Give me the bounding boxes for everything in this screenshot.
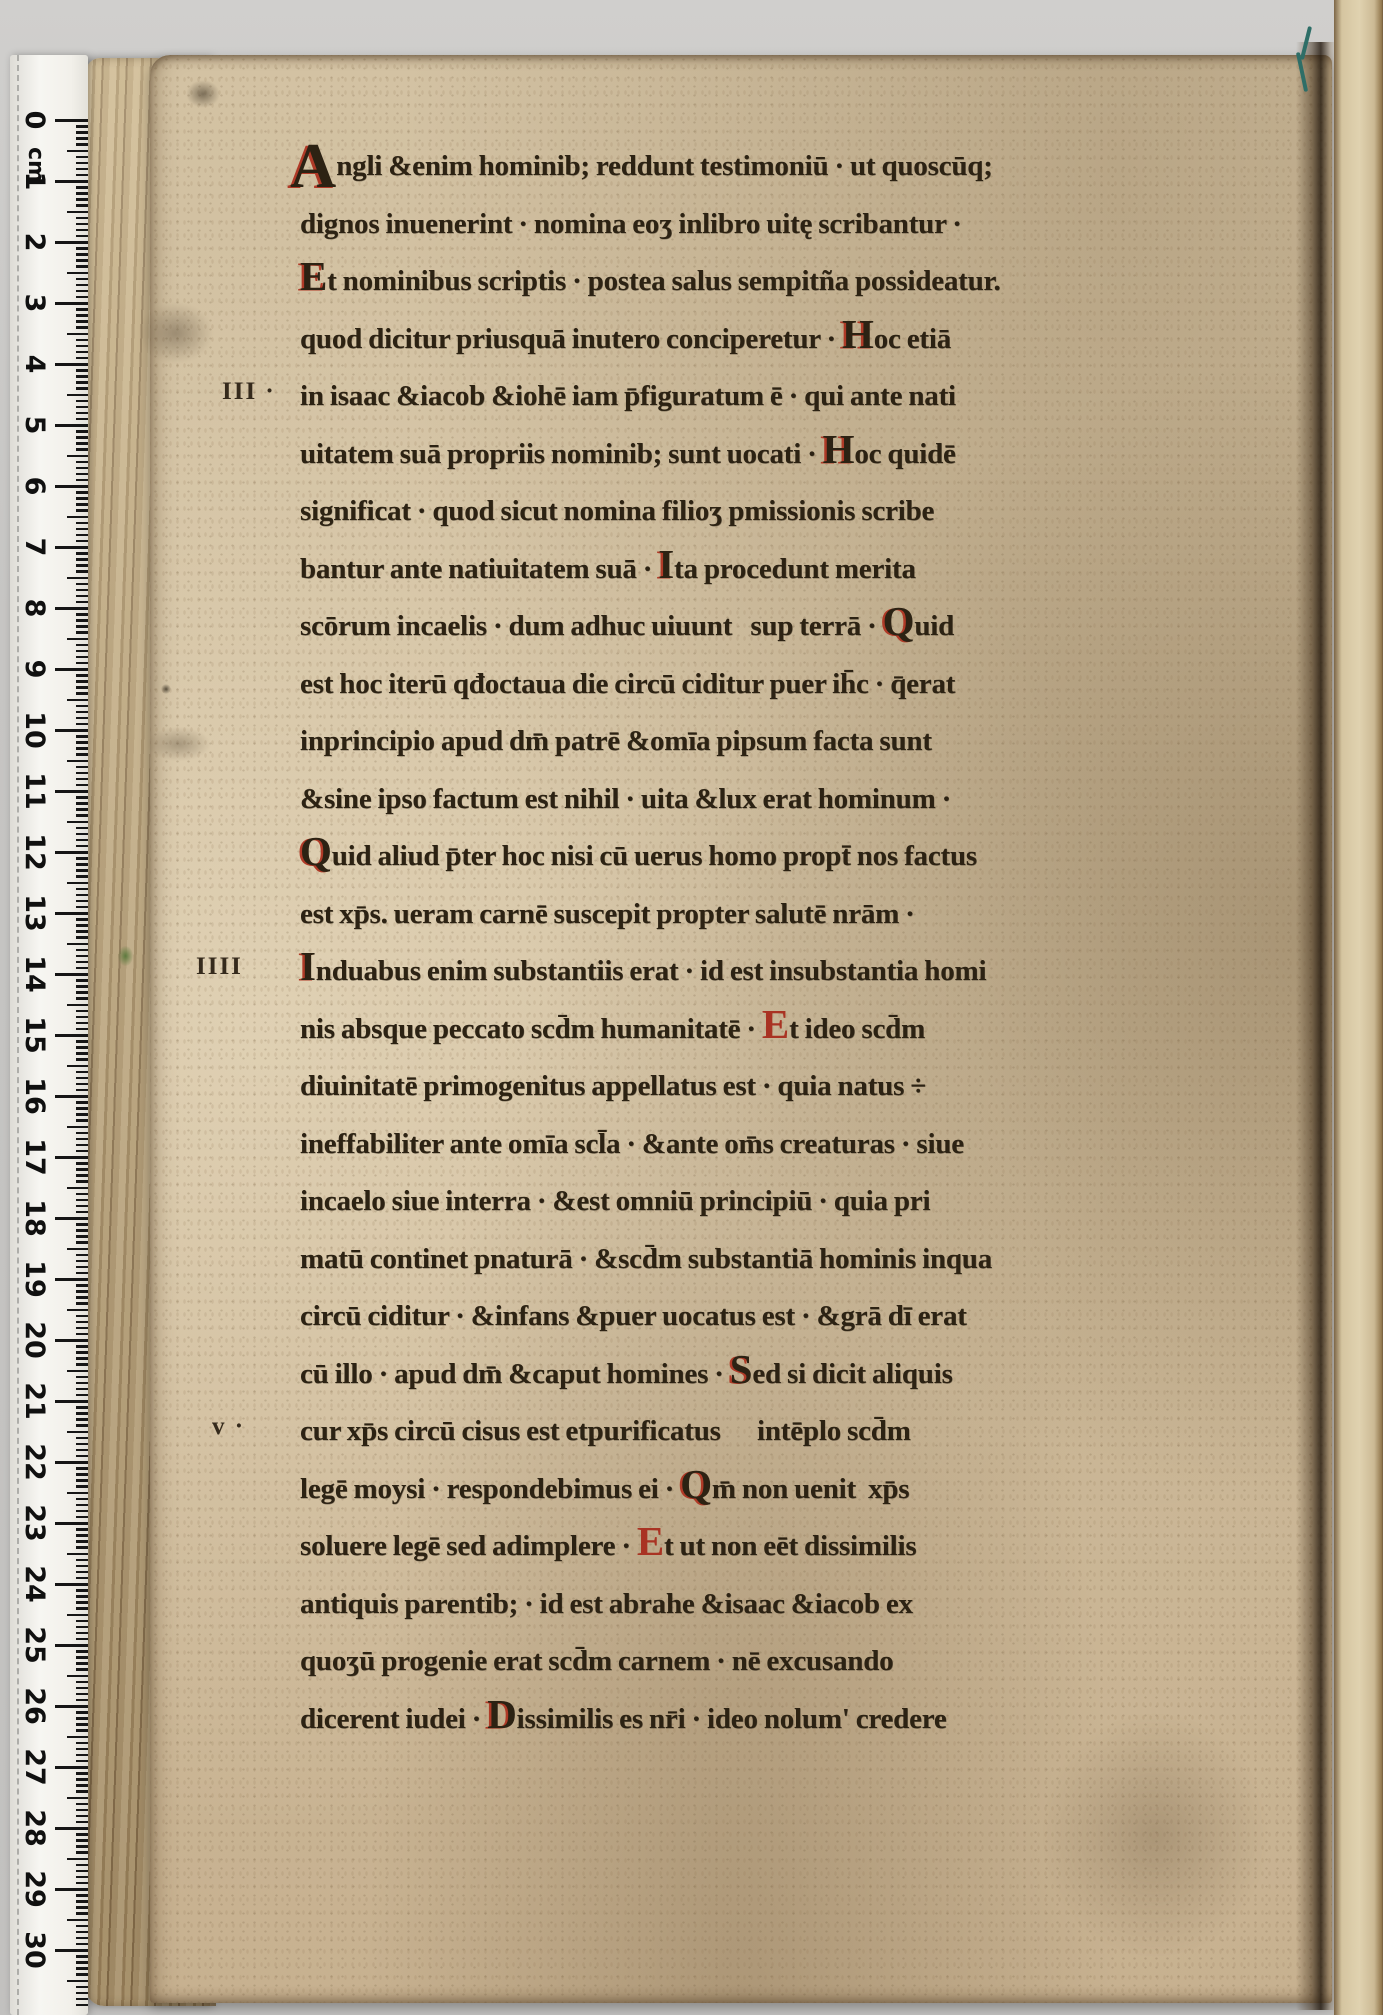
ruler-tick xyxy=(55,973,88,976)
ruler-tick xyxy=(76,1992,88,1995)
ruler-tick xyxy=(76,900,88,903)
line-segment: dignos inuenerint · nomina eoʒ inlibro u… xyxy=(300,208,962,240)
ruler-tick xyxy=(76,461,88,464)
line-segment: ta procedunt merita xyxy=(674,553,916,585)
ruler-tick xyxy=(76,204,88,207)
ruler-tick xyxy=(76,949,88,952)
ruler-tick xyxy=(76,796,88,799)
ruler-tick xyxy=(76,522,88,525)
ruler-tick xyxy=(76,1754,88,1757)
ruler-tick xyxy=(76,497,88,500)
ruler-tick xyxy=(76,662,88,665)
ruler: 0123456789101112131415161718192021222324… xyxy=(10,55,88,2015)
ruler-tick xyxy=(76,1046,88,1049)
ruler-tick xyxy=(76,558,88,561)
ruler-tick xyxy=(76,174,88,177)
ruler-tick xyxy=(55,241,88,244)
ruler-tick xyxy=(76,156,88,159)
ruler-tick xyxy=(76,1010,88,1013)
ruler-tick xyxy=(76,1534,88,1537)
ruler-tick xyxy=(76,1967,88,1970)
text-block: Angli &enim hominib; reddunt testimoniū … xyxy=(300,138,1001,1748)
manuscript-line: bantur ante natiuitatem suā · Ita proced… xyxy=(300,541,1001,599)
ruler-tick xyxy=(76,357,88,360)
ruler-number: 18 xyxy=(20,1195,50,1241)
ruler-tick xyxy=(76,1717,88,1720)
line-segment: Q xyxy=(300,828,332,874)
line-segment: oc quidē xyxy=(854,438,955,470)
ruler-tick xyxy=(67,516,88,519)
ruler-tick xyxy=(76,491,88,494)
ruler-tick xyxy=(76,1119,88,1122)
ruler-tick xyxy=(76,589,88,592)
manuscript-line: dignos inuenerint · nomina eoʒ inlibro u… xyxy=(300,196,1001,254)
ruler-tick xyxy=(76,436,88,439)
line-segment: t ut non eēt dissimilis xyxy=(664,1530,916,1562)
line-segment: issimilis es nr̄i · ideo nolum' credere xyxy=(517,1703,947,1735)
ruler-tick xyxy=(55,119,88,122)
ruler-tick xyxy=(76,1437,88,1440)
ruler-tick xyxy=(76,1504,88,1507)
margin-numeral: IIII xyxy=(196,953,243,981)
ruler-tick xyxy=(67,943,88,946)
ruler-tick xyxy=(76,1174,88,1177)
ruler-tick xyxy=(76,692,88,695)
ruler-tick xyxy=(76,863,88,866)
ruler-tick xyxy=(76,1284,88,1287)
ruler-tick xyxy=(67,211,88,214)
ruler-tick xyxy=(76,265,88,268)
ruler-tick xyxy=(76,1199,88,1202)
ruler-tick xyxy=(76,1040,88,1043)
ruler-tick xyxy=(76,1790,88,1793)
ruler-tick xyxy=(76,479,88,482)
ruler-tick xyxy=(55,729,88,732)
ruler-tick xyxy=(76,833,88,836)
manuscript-line: legē moysi · respondebimus ei · Qm̄ non … xyxy=(300,1461,1001,1519)
ruler-tick xyxy=(67,1675,88,1678)
manuscript-line: uitatem suā propriis nominib; sunt uocat… xyxy=(300,426,1001,484)
line-segment: incaelo siue interra · &est omniū princi… xyxy=(300,1185,930,1217)
line-segment: legē moysi · respondebimus ei · xyxy=(300,1473,680,1505)
line-segment: t ideo scd̄m xyxy=(789,1013,925,1045)
ruler-tick xyxy=(76,162,88,165)
ruler-tick xyxy=(76,564,88,567)
ruler-tick xyxy=(76,674,88,677)
ruler-tick xyxy=(76,339,88,342)
ruler-number: 0 xyxy=(20,97,50,143)
line-segment: D xyxy=(487,1691,516,1737)
ruler-number: 13 xyxy=(20,890,50,936)
ruler-tick xyxy=(55,1339,88,1342)
ruler-tick xyxy=(76,418,88,421)
ruler-tick xyxy=(76,1296,88,1299)
ruler-tick xyxy=(76,650,88,653)
ruler-tick xyxy=(76,1986,88,1989)
manuscript-line: significat · quod sicut nomina filioʒ pm… xyxy=(300,483,1001,541)
ruler-tick xyxy=(76,1638,88,1641)
line-segment: circū ciditur · &infans &puer uocatus es… xyxy=(300,1300,967,1332)
ruler-tick xyxy=(67,333,88,336)
ruler-tick xyxy=(76,473,88,476)
ruler-tick xyxy=(76,1083,88,1086)
ruler-tick xyxy=(76,1681,88,1684)
ruler-tick xyxy=(76,680,88,683)
ruler-tick xyxy=(76,1577,88,1580)
ruler-tick xyxy=(76,375,88,378)
ruler-tick xyxy=(76,326,88,329)
ruler-tick xyxy=(67,1004,88,1007)
ruler-tick xyxy=(55,668,88,671)
ruler-tick xyxy=(76,1943,88,1946)
ruler-tick xyxy=(76,1211,88,1214)
ruler-tick xyxy=(76,1333,88,1336)
ruler-tick xyxy=(55,1400,88,1403)
ruler-unit-label: cm xyxy=(24,145,48,185)
ruler-tick xyxy=(76,1815,88,1818)
ruler-tick xyxy=(76,278,88,281)
ruler-tick xyxy=(76,1272,88,1275)
ruler-tick xyxy=(55,1461,88,1464)
ruler-tick xyxy=(67,1187,88,1190)
ruler-tick xyxy=(76,1498,88,1501)
ruler-tick xyxy=(55,1156,88,1159)
ruler-tick xyxy=(76,839,88,842)
ruler-tick xyxy=(55,363,88,366)
ruler-tick xyxy=(76,1327,88,1330)
ruler-tick xyxy=(67,1370,88,1373)
ruler-tick xyxy=(76,857,88,860)
ruler-tick xyxy=(76,1882,88,1885)
ruler-tick xyxy=(76,1955,88,1958)
line-segment: t nominibus scriptis · postea salus semp… xyxy=(327,265,1000,297)
ruler-tick xyxy=(76,808,88,811)
ruler-tick xyxy=(76,1443,88,1446)
ruler-tick xyxy=(76,442,88,445)
ruler-tick xyxy=(76,1138,88,1141)
ruler-tick xyxy=(67,1431,88,1434)
ruler-number: 24 xyxy=(20,1561,50,1607)
ruler-tick xyxy=(76,735,88,738)
ruler-tick xyxy=(76,369,88,372)
line-segment: cū illo · apud dm̄ &caput homines · xyxy=(300,1358,730,1390)
ruler-tick xyxy=(76,217,88,220)
line-segment: nduabus enim substantiis erat · id est i… xyxy=(316,955,987,987)
ruler-number: 10 xyxy=(20,707,50,753)
line-segment: in isaac &iacob &iohē iam p̄figuratum ē … xyxy=(300,380,956,412)
ruler-tick xyxy=(76,1260,88,1263)
ruler-tick xyxy=(76,1601,88,1604)
line-segment: scōrum incaelis · dum adhuc uiuunt sup t… xyxy=(300,610,883,642)
line-segment: uid aliud p̄ter hoc nisi cū uerus homo p… xyxy=(332,840,977,872)
ruler-tick xyxy=(76,1290,88,1293)
ruler-number: 12 xyxy=(20,829,50,875)
ruler-tick xyxy=(76,186,88,189)
ruler-tick xyxy=(67,1980,88,1983)
ruler-tick xyxy=(76,1388,88,1391)
line-segment: I xyxy=(658,541,674,587)
ruler-number: 27 xyxy=(20,1744,50,1790)
ruler-tick xyxy=(67,1797,88,1800)
ruler-tick xyxy=(76,1821,88,1824)
ruler-tick xyxy=(76,827,88,830)
ruler-tick xyxy=(55,1583,88,1586)
line-segment: cur xp̄s circū cisus est etpurificatus i… xyxy=(300,1415,911,1447)
ruler-tick xyxy=(76,1870,88,1873)
bookmark-thread xyxy=(1298,26,1316,92)
ruler-tick xyxy=(76,1101,88,1104)
ruler-tick xyxy=(76,1412,88,1415)
ruler-tick xyxy=(76,1321,88,1324)
ruler-tick xyxy=(76,1729,88,1732)
ruler-tick xyxy=(67,638,88,641)
ruler-tick xyxy=(76,1851,88,1854)
manuscript-line: diuinitatē primogenitus appellatus est ·… xyxy=(300,1058,1001,1116)
ruler-tick xyxy=(55,912,88,915)
ruler-tick xyxy=(76,1144,88,1147)
ruler-number: 19 xyxy=(20,1256,50,1302)
ruler-number: 9 xyxy=(20,646,50,692)
manuscript-line: Quid aliud p̄ter hoc nisi cū uerus homo … xyxy=(300,828,1001,886)
ruler-tick xyxy=(67,1492,88,1495)
line-segment: A xyxy=(290,130,336,201)
ruler-tick xyxy=(76,1052,88,1055)
ruler-tick xyxy=(76,1485,88,1488)
ruler-tick xyxy=(76,406,88,409)
gutter-crease xyxy=(1296,42,1336,2010)
manuscript-line: cū illo · apud dm̄ &caput homines · Sed … xyxy=(300,1346,1001,1404)
ruler-number: 17 xyxy=(20,1134,50,1180)
ruler-tick xyxy=(76,1760,88,1763)
ruler-tick xyxy=(76,778,88,781)
ruler-tick xyxy=(76,1510,88,1513)
ruler-tick xyxy=(76,412,88,415)
ruler-tick xyxy=(76,1351,88,1354)
ruler-tick xyxy=(67,760,88,763)
ruler-number: 21 xyxy=(20,1378,50,1424)
ruler-tick xyxy=(76,296,88,299)
ruler-tick xyxy=(67,1248,88,1251)
manuscript-line: quod dicitur priusquā inutero conciperet… xyxy=(300,311,1001,369)
ruler-tick xyxy=(76,894,88,897)
ruler-tick xyxy=(76,540,88,543)
margin-numeral: v · xyxy=(212,1413,245,1441)
line-segment: quod dicitur priusquā inutero conciperet… xyxy=(300,323,842,355)
ruler-tick xyxy=(76,1632,88,1635)
ruler-tick xyxy=(76,253,88,256)
ruler-tick xyxy=(76,387,88,390)
ruler-tick xyxy=(76,400,88,403)
ruler-number: 4 xyxy=(20,341,50,387)
ruler-tick xyxy=(76,991,88,994)
ruler-tick xyxy=(55,1705,88,1708)
ruler-number: 2 xyxy=(20,219,50,265)
line-segment: H xyxy=(823,426,855,472)
line-segment: diuinitatē primogenitus appellatus est ·… xyxy=(300,1070,926,1102)
ruler-tick xyxy=(76,1418,88,1421)
ruler-tick xyxy=(76,1516,88,1519)
ruler-tick xyxy=(67,1858,88,1861)
ruler-tick xyxy=(76,259,88,262)
ruler-tick xyxy=(76,613,88,616)
ruler-tick xyxy=(76,448,88,451)
ruler-tick xyxy=(76,1687,88,1690)
ruler-tick xyxy=(76,930,88,933)
line-segment: Q xyxy=(680,1461,712,1507)
ruler-tick xyxy=(76,1455,88,1458)
ruler-tick xyxy=(76,772,88,775)
ruler-tick xyxy=(76,625,88,628)
ruler-tick xyxy=(67,1126,88,1129)
ruler-tick xyxy=(76,656,88,659)
ruler-tick xyxy=(76,143,88,146)
ruler-tick xyxy=(76,430,88,433)
ruler-tick xyxy=(76,125,88,128)
ruler-tick xyxy=(76,1302,88,1305)
ruler-tick xyxy=(76,717,88,720)
ruler-tick xyxy=(76,2004,88,2007)
line-segment: Q xyxy=(883,598,915,644)
ruler-number: 11 xyxy=(20,768,50,814)
ruler-tick xyxy=(76,1711,88,1714)
manuscript-line: Et nominibus scriptis · postea salus sem… xyxy=(300,253,1001,311)
ruler-tick xyxy=(76,1620,88,1623)
line-segment: bantur ante natiuitatem suā · xyxy=(300,553,658,585)
ruler-tick xyxy=(76,168,88,171)
ruler-tick xyxy=(76,1540,88,1543)
manuscript-line: circū ciditur · &infans &puer uocatus es… xyxy=(300,1288,1001,1346)
ruler-tick xyxy=(76,467,88,470)
line-segment: dicerent iudei · xyxy=(300,1703,487,1735)
ruler-tick xyxy=(76,381,88,384)
ruler-tick xyxy=(76,961,88,964)
ruler-tick xyxy=(76,1223,88,1226)
ruler-tick xyxy=(76,1906,88,1909)
ruler-tick xyxy=(76,741,88,744)
ruler-tick xyxy=(76,705,88,708)
ruler-tick xyxy=(67,1919,88,1922)
ruler-tick xyxy=(76,1809,88,1812)
ruler-number: 8 xyxy=(20,585,50,631)
ruler-tick xyxy=(76,1662,88,1665)
line-segment: m̄ non uenit xp̄s xyxy=(712,1473,909,1505)
ruler-tick xyxy=(76,1473,88,1476)
ruler-tick xyxy=(76,192,88,195)
ruler-tick xyxy=(67,150,88,153)
manuscript-line: ineffabiliter ante omīa scl̄a · &ante om… xyxy=(300,1116,1001,1174)
ruler-number: 14 xyxy=(20,951,50,997)
ruler-tick xyxy=(55,1888,88,1891)
ruler-tick xyxy=(76,1193,88,1196)
ruler-tick xyxy=(76,137,88,140)
ruler-tick xyxy=(76,1931,88,1934)
ruler-tick xyxy=(55,607,88,610)
ruler-tick xyxy=(55,180,88,183)
ruler-tick xyxy=(76,1479,88,1482)
ruler-tick xyxy=(76,766,88,769)
ruler-tick xyxy=(76,345,88,348)
ruler-tick xyxy=(76,1406,88,1409)
ruler-tick xyxy=(76,1382,88,1385)
ruler-tick xyxy=(76,284,88,287)
ruler-tick xyxy=(76,1229,88,1232)
ruler-tick xyxy=(76,1571,88,1574)
ruler-tick xyxy=(76,1656,88,1659)
ruler-tick xyxy=(76,314,88,317)
manuscript-line: inprincipio apud dm̄ patrē &omīa pipsum … xyxy=(300,713,1001,771)
ruler-tick xyxy=(76,1998,88,2001)
manuscript-photo: Angli &enim hominib; reddunt testimoniū … xyxy=(0,0,1383,2015)
ruler-tick xyxy=(76,1876,88,1879)
margin-numeral: III · xyxy=(222,378,276,406)
ruler-tick xyxy=(76,1205,88,1208)
line-segment: E xyxy=(762,1001,789,1047)
line-segment: H xyxy=(842,311,874,357)
ruler-tick xyxy=(76,320,88,323)
ruler-tick xyxy=(76,1778,88,1781)
line-segment: nis absque peccato scd̄m humanitatē · xyxy=(300,1013,762,1045)
ruler-tick xyxy=(76,595,88,598)
ruler-tick xyxy=(76,1900,88,1903)
manuscript-line: quoʒū progenie erat scd̄m carnem · nē ex… xyxy=(300,1633,1001,1691)
ruler-tick xyxy=(76,583,88,586)
line-segment: antiquis parentib; · id est abrahe &isaa… xyxy=(300,1588,913,1620)
ruler-tick xyxy=(76,906,88,909)
ruler-number: 23 xyxy=(20,1500,50,1546)
ruler-number: 5 xyxy=(20,402,50,448)
ruler-tick xyxy=(76,1589,88,1592)
ruler-tick xyxy=(76,601,88,604)
ruler-tick xyxy=(76,1864,88,1867)
ruler-tick xyxy=(67,1065,88,1068)
ruler-tick xyxy=(76,1839,88,1842)
line-segment: inprincipio apud dm̄ patrē &omīa pipsum … xyxy=(300,725,932,757)
ruler-number: 20 xyxy=(20,1317,50,1363)
ruler-tick xyxy=(76,1973,88,1976)
ruler-tick xyxy=(76,1022,88,1025)
ruler-tick xyxy=(55,1217,88,1220)
line-segment: ineffabiliter ante omīa scl̄a · &ante om… xyxy=(300,1128,964,1160)
ruler-tick xyxy=(76,955,88,958)
line-segment: significat · quod sicut nomina filioʒ pm… xyxy=(300,495,934,527)
ruler-tick xyxy=(55,1034,88,1037)
line-segment: ed si dicit aliquis xyxy=(752,1358,952,1390)
ruler-tick xyxy=(76,1107,88,1110)
manuscript-line: matū continet pnaturā · &scd̄m substanti… xyxy=(300,1231,1001,1289)
ruler-tick xyxy=(76,1961,88,1964)
ruler-tick xyxy=(67,394,88,397)
line-segment: S xyxy=(730,1346,753,1392)
ruler-tick xyxy=(76,1559,88,1562)
ruler-tick xyxy=(55,485,88,488)
manuscript-line: &sine ipso factum est nihil · uita &lux … xyxy=(300,771,1001,829)
line-segment: matū continet pnaturā · &scd̄m substanti… xyxy=(300,1243,992,1275)
line-segment: E xyxy=(300,253,327,299)
ruler-tick xyxy=(76,686,88,689)
ruler-tick xyxy=(76,1071,88,1074)
ruler-tick xyxy=(76,570,88,573)
ruler-tick xyxy=(76,845,88,848)
ruler-tick xyxy=(76,747,88,750)
ruler-tick xyxy=(55,1522,88,1525)
ruler-tick xyxy=(55,424,88,427)
ruler-tick xyxy=(76,528,88,531)
ruler-tick xyxy=(76,1028,88,1031)
ruler-tick xyxy=(76,1565,88,1568)
ruler-tick xyxy=(76,1345,88,1348)
ruler-tick xyxy=(55,302,88,305)
ruler-tick xyxy=(76,875,88,878)
